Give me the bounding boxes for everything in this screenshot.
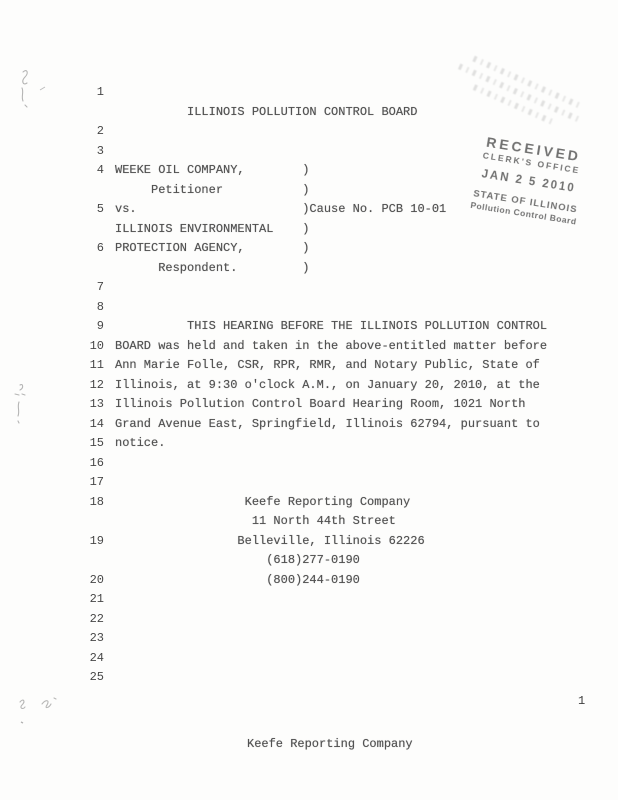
transcript-row: 4WEEKE OIL COMPANY, ) — [0, 163, 618, 180]
transcript-row: 7 — [0, 280, 618, 297]
line-number: 25 — [74, 670, 104, 684]
line-number: 10 — [74, 339, 104, 353]
line-number: 15 — [74, 436, 104, 450]
line-number: 13 — [74, 397, 104, 411]
transcript-row: Respondent. ) — [0, 261, 618, 278]
line-number: 11 — [74, 358, 104, 372]
transcript-row: 6PROTECTION AGENCY, ) — [0, 241, 618, 258]
line-text: WEEKE OIL COMPANY, ) — [115, 163, 309, 177]
line-number: 3 — [74, 144, 104, 158]
line-number: 22 — [74, 612, 104, 626]
line-text: Petitioner ) — [115, 183, 309, 197]
line-number: 24 — [74, 651, 104, 665]
line-number: 6 — [74, 241, 104, 255]
line-text: BOARD was held and taken in the above-en… — [115, 339, 547, 353]
transcript-row: 25 — [0, 670, 618, 687]
line-text: (618)277-0190 — [115, 553, 360, 567]
line-text: ILLINOIS ENVIRONMENTAL ) — [115, 222, 309, 236]
line-text: Respondent. ) — [115, 261, 309, 275]
transcript-row: 2 — [0, 124, 618, 141]
line-number: 2 — [74, 124, 104, 138]
transcript-row: 5vs. )Cause No. PCB 10-01 — [0, 202, 618, 219]
line-text: THIS HEARING BEFORE THE ILLINOIS POLLUTI… — [115, 319, 547, 333]
line-text: vs. )Cause No. PCB 10-01 — [115, 202, 446, 216]
page-number: 1 — [578, 694, 585, 708]
line-text: Ann Marie Folle, CSR, RPR, RMR, and Nota… — [115, 358, 540, 372]
line-text: Keefe Reporting Company — [115, 495, 410, 509]
line-text: Illinois, at 9:30 o'clock A.M., on Janua… — [115, 378, 540, 392]
line-number: 17 — [74, 475, 104, 489]
transcript-row: 9 THIS HEARING BEFORE THE ILLINOIS POLLU… — [0, 319, 618, 336]
transcript-row: ILLINOIS ENVIRONMENTAL ) — [0, 222, 618, 239]
transcript-row: 21 — [0, 592, 618, 609]
transcript-row: 8 — [0, 300, 618, 317]
transcript-row: 1 — [0, 85, 618, 102]
transcript-row: 10BOARD was held and taken in the above-… — [0, 339, 618, 356]
line-number: 21 — [74, 592, 104, 606]
line-text: PROTECTION AGENCY, ) — [115, 241, 309, 255]
line-number: 23 — [74, 631, 104, 645]
line-number: 9 — [74, 319, 104, 333]
transcript-row: 12Illinois, at 9:30 o'clock A.M., on Jan… — [0, 378, 618, 395]
line-number: 20 — [74, 573, 104, 587]
line-number: 14 — [74, 417, 104, 431]
transcript-row: 16 — [0, 456, 618, 473]
line-number: 1 — [74, 85, 104, 99]
line-text: Illinois Pollution Control Board Hearing… — [115, 397, 525, 411]
line-text: 11 North 44th Street — [115, 514, 396, 528]
transcript-row: Petitioner ) — [0, 183, 618, 200]
line-number: 7 — [74, 280, 104, 294]
transcript-row: ILLINOIS POLLUTION CONTROL BOARD — [0, 105, 618, 122]
line-number: 18 — [74, 495, 104, 509]
line-number: 5 — [74, 202, 104, 216]
transcript-row: 15notice. — [0, 436, 618, 453]
transcript-row: 3 — [0, 144, 618, 161]
transcript-row: 22 — [0, 612, 618, 629]
transcript-row: 11 North 44th Street — [0, 514, 618, 531]
transcript-row: 14Grand Avenue East, Springfield, Illino… — [0, 417, 618, 434]
transcript-row: 19 Belleville, Illinois 62226 — [0, 534, 618, 551]
line-number: 8 — [74, 300, 104, 314]
line-text: notice. — [115, 436, 165, 450]
transcript-row: 17 — [0, 475, 618, 492]
document-page: RECEIVED CLERK'S OFFICE JAN 2 5 2010 STA… — [0, 0, 618, 800]
transcript-row: 13Illinois Pollution Control Board Heari… — [0, 397, 618, 414]
footer-row: Keefe Reporting Company — [0, 737, 618, 754]
transcript-row: 18 Keefe Reporting Company — [0, 495, 618, 512]
line-number: 12 — [74, 378, 104, 392]
transcript-row: (618)277-0190 — [0, 553, 618, 570]
transcript-row: 23 — [0, 631, 618, 648]
transcript-row: 11Ann Marie Folle, CSR, RPR, RMR, and No… — [0, 358, 618, 375]
line-text: ILLINOIS POLLUTION CONTROL BOARD — [115, 105, 417, 119]
line-text: Belleville, Illinois 62226 — [115, 534, 425, 548]
pencil-mark-bottom-left — [14, 694, 58, 726]
transcript-row: 24 — [0, 651, 618, 668]
line-text: (800)244-0190 — [115, 573, 360, 587]
line-number: 16 — [74, 456, 104, 470]
line-text: Grand Avenue East, Springfield, Illinois… — [115, 417, 540, 431]
line-number: 19 — [74, 534, 104, 548]
transcript-row: 20 (800)244-0190 — [0, 573, 618, 590]
footer-company-name: Keefe Reporting Company — [247, 737, 413, 751]
line-number: 4 — [74, 163, 104, 177]
